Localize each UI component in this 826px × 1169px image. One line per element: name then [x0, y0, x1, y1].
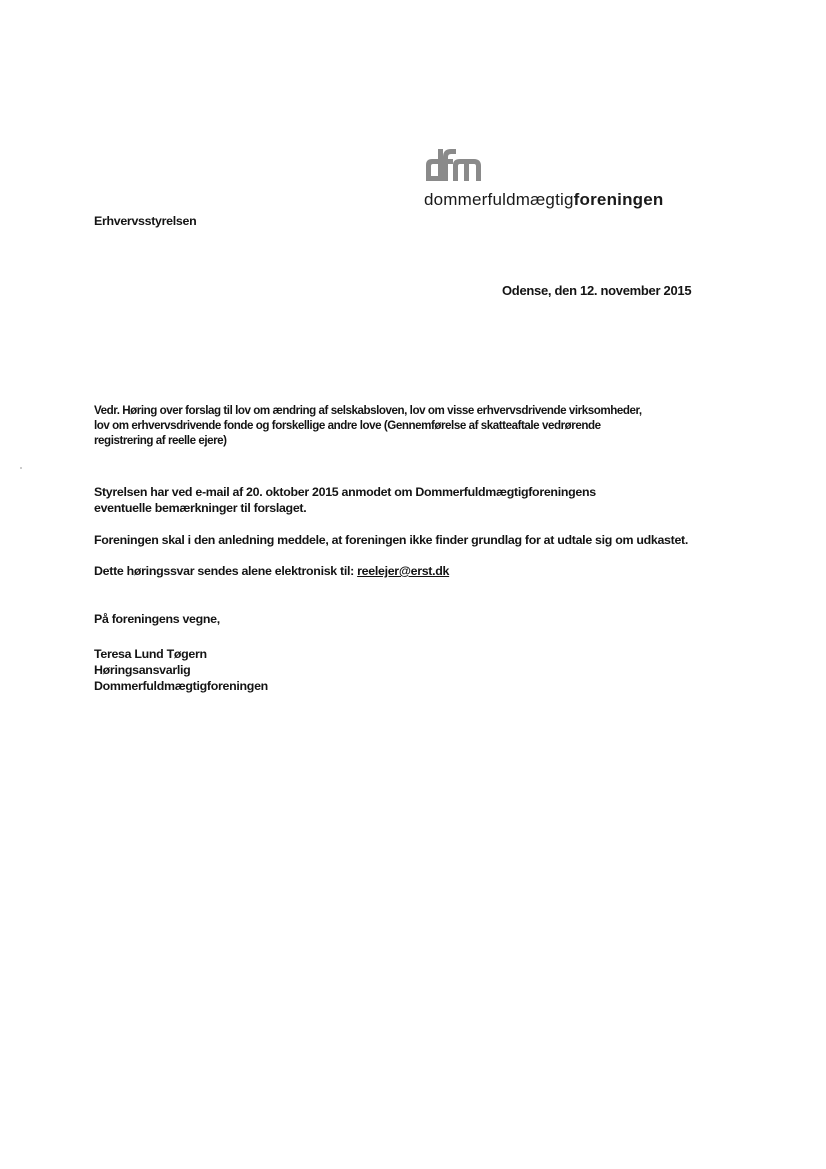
wordmark-regular: dommerfuldmægtig: [424, 190, 574, 209]
body-paragraph-2: Foreningen skal i den anledning meddele,…: [94, 533, 688, 547]
signature-name: Teresa Lund Tøgern: [94, 646, 268, 662]
signature-organization: Dommerfuldmægtigforeningen: [94, 678, 268, 694]
email-link[interactable]: reelejer@erst.dk: [357, 564, 449, 578]
body-paragraph-3: Dette høringssvar sendes alene elektroni…: [94, 564, 449, 578]
subject-line: Vedr. Høring over forslag til lov om ænd…: [94, 403, 642, 448]
closing: På foreningens vegne,: [94, 612, 220, 626]
paragraph-3-text: Dette høringssvar sendes alene elektroni…: [94, 564, 357, 578]
body-paragraph-1: Styrelsen har ved e-mail af 20. oktober …: [94, 484, 596, 516]
subject-line-3: registrering af reelle ejere): [94, 433, 642, 448]
subject-line-1: Vedr. Høring over forslag til lov om ænd…: [94, 403, 642, 418]
subject-line-2: lov om erhvervsdrivende fonde og forskel…: [94, 418, 642, 433]
recipient: Erhvervsstyrelsen: [94, 214, 196, 228]
paragraph-1-line-2: eventuelle bemærkninger til forslaget.: [94, 500, 596, 516]
signature-block: Teresa Lund Tøgern Høringsansvarlig Domm…: [94, 646, 268, 694]
wordmark-bold: foreningen: [574, 190, 664, 209]
scan-speck: [20, 467, 22, 469]
dfm-logo-icon: [422, 147, 484, 183]
paragraph-1-line-1: Styrelsen har ved e-mail af 20. oktober …: [94, 484, 596, 500]
organization-wordmark: dommerfuldmægtigforeningen: [424, 190, 664, 210]
dateline: Odense, den 12. november 2015: [502, 283, 691, 298]
signature-title: Høringsansvarlig: [94, 662, 268, 678]
